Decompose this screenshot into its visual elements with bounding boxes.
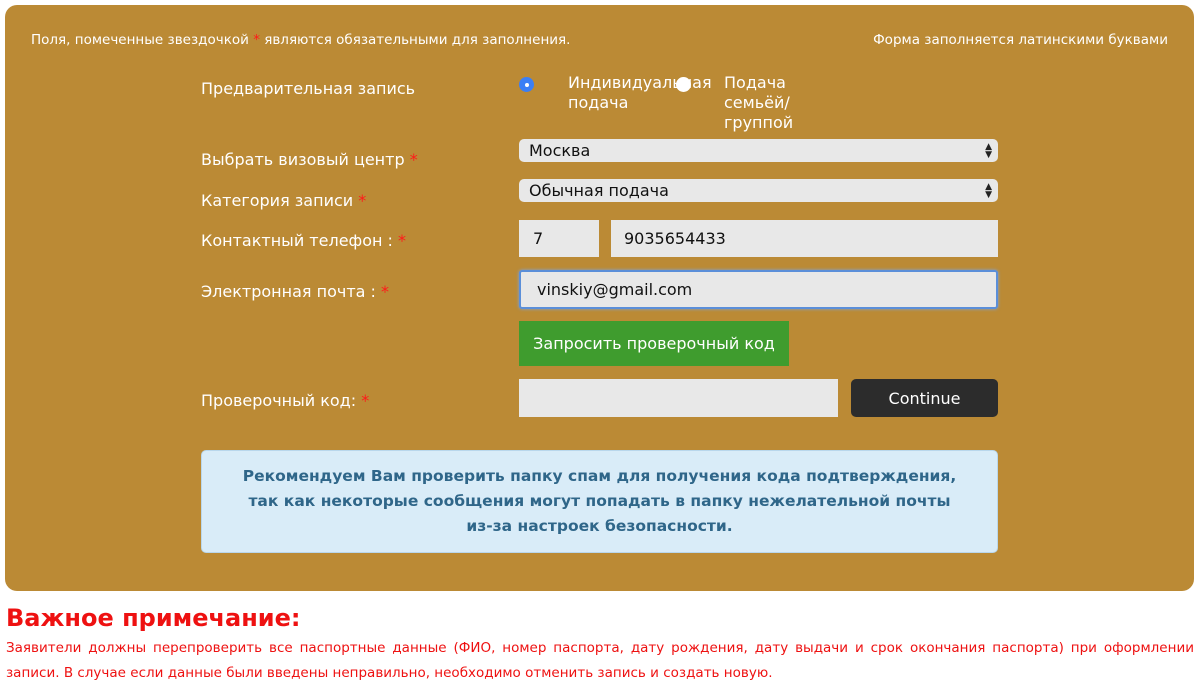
verification-code-input[interactable] (519, 379, 838, 417)
email-label-text: Электронная почта : (201, 282, 376, 301)
required-star: * (398, 231, 406, 250)
required-star: * (358, 191, 366, 210)
email-input[interactable]: vinskiy@gmail.com (519, 270, 998, 309)
continue-button[interactable]: Continue (851, 379, 998, 417)
category-select[interactable]: Обычная подача ▲▼ (519, 179, 998, 202)
category-label-text: Категория записи (201, 191, 353, 210)
select-arrows-icon: ▲▼ (985, 139, 992, 162)
required-star: * (381, 282, 389, 301)
phone-country-code-input[interactable]: 7 (519, 220, 599, 257)
request-code-button[interactable]: Запросить проверочный код (519, 321, 789, 366)
radio-individual-label[interactable]: Индивидуальная подача (568, 73, 718, 113)
required-star: * (361, 391, 369, 410)
required-star: * (253, 32, 260, 48)
latin-letters-note: Форма заполняется латинскими буквами (873, 32, 1168, 48)
important-note-title: Важное примечание: (6, 604, 301, 632)
visa-center-label-text: Выбрать визовый центр (201, 150, 405, 169)
category-value: Обычная подача (529, 181, 669, 200)
phone-label-text: Контактный телефон : (201, 231, 393, 250)
info-line: Рекомендуем Вам проверить папку спам для… (202, 464, 997, 489)
verification-code-label: Проверочный код: * (201, 391, 369, 410)
phone-label: Контактный телефон : * (201, 231, 406, 250)
appointment-type-label: Предварительная запись (201, 79, 415, 98)
verification-code-label-text: Проверочный код: (201, 391, 356, 410)
appointment-form-panel: Поля, помеченные звездочкой * являются о… (5, 5, 1194, 591)
info-line: так как некоторые сообщения могут попада… (202, 489, 997, 514)
important-note-text: Заявители должны перепроверить все паспо… (6, 636, 1194, 686)
select-arrows-icon: ▲▼ (985, 179, 992, 202)
required-note-text-end: являются обязательными для заполнения. (264, 32, 570, 48)
phone-number-input[interactable]: 9035654433 (611, 220, 998, 257)
visa-center-label: Выбрать визовый центр * (201, 150, 418, 169)
required-fields-note: Поля, помеченные звездочкой * являются о… (31, 32, 570, 48)
visa-center-value: Москва (529, 141, 590, 160)
radio-family-group-label[interactable]: Подача семьёй/ группой (724, 73, 804, 133)
radio-family-group[interactable] (676, 77, 691, 92)
required-note-text: Поля, помеченные звездочкой (31, 32, 249, 48)
info-line: из-за настроек безопасности. (202, 514, 997, 539)
radio-individual[interactable] (519, 77, 534, 92)
visa-center-select[interactable]: Москва ▲▼ (519, 139, 998, 162)
email-label: Электронная почта : * (201, 282, 389, 301)
category-label: Категория записи * (201, 191, 366, 210)
required-star: * (410, 150, 418, 169)
spam-folder-info-box: Рекомендуем Вам проверить папку спам для… (201, 450, 998, 553)
